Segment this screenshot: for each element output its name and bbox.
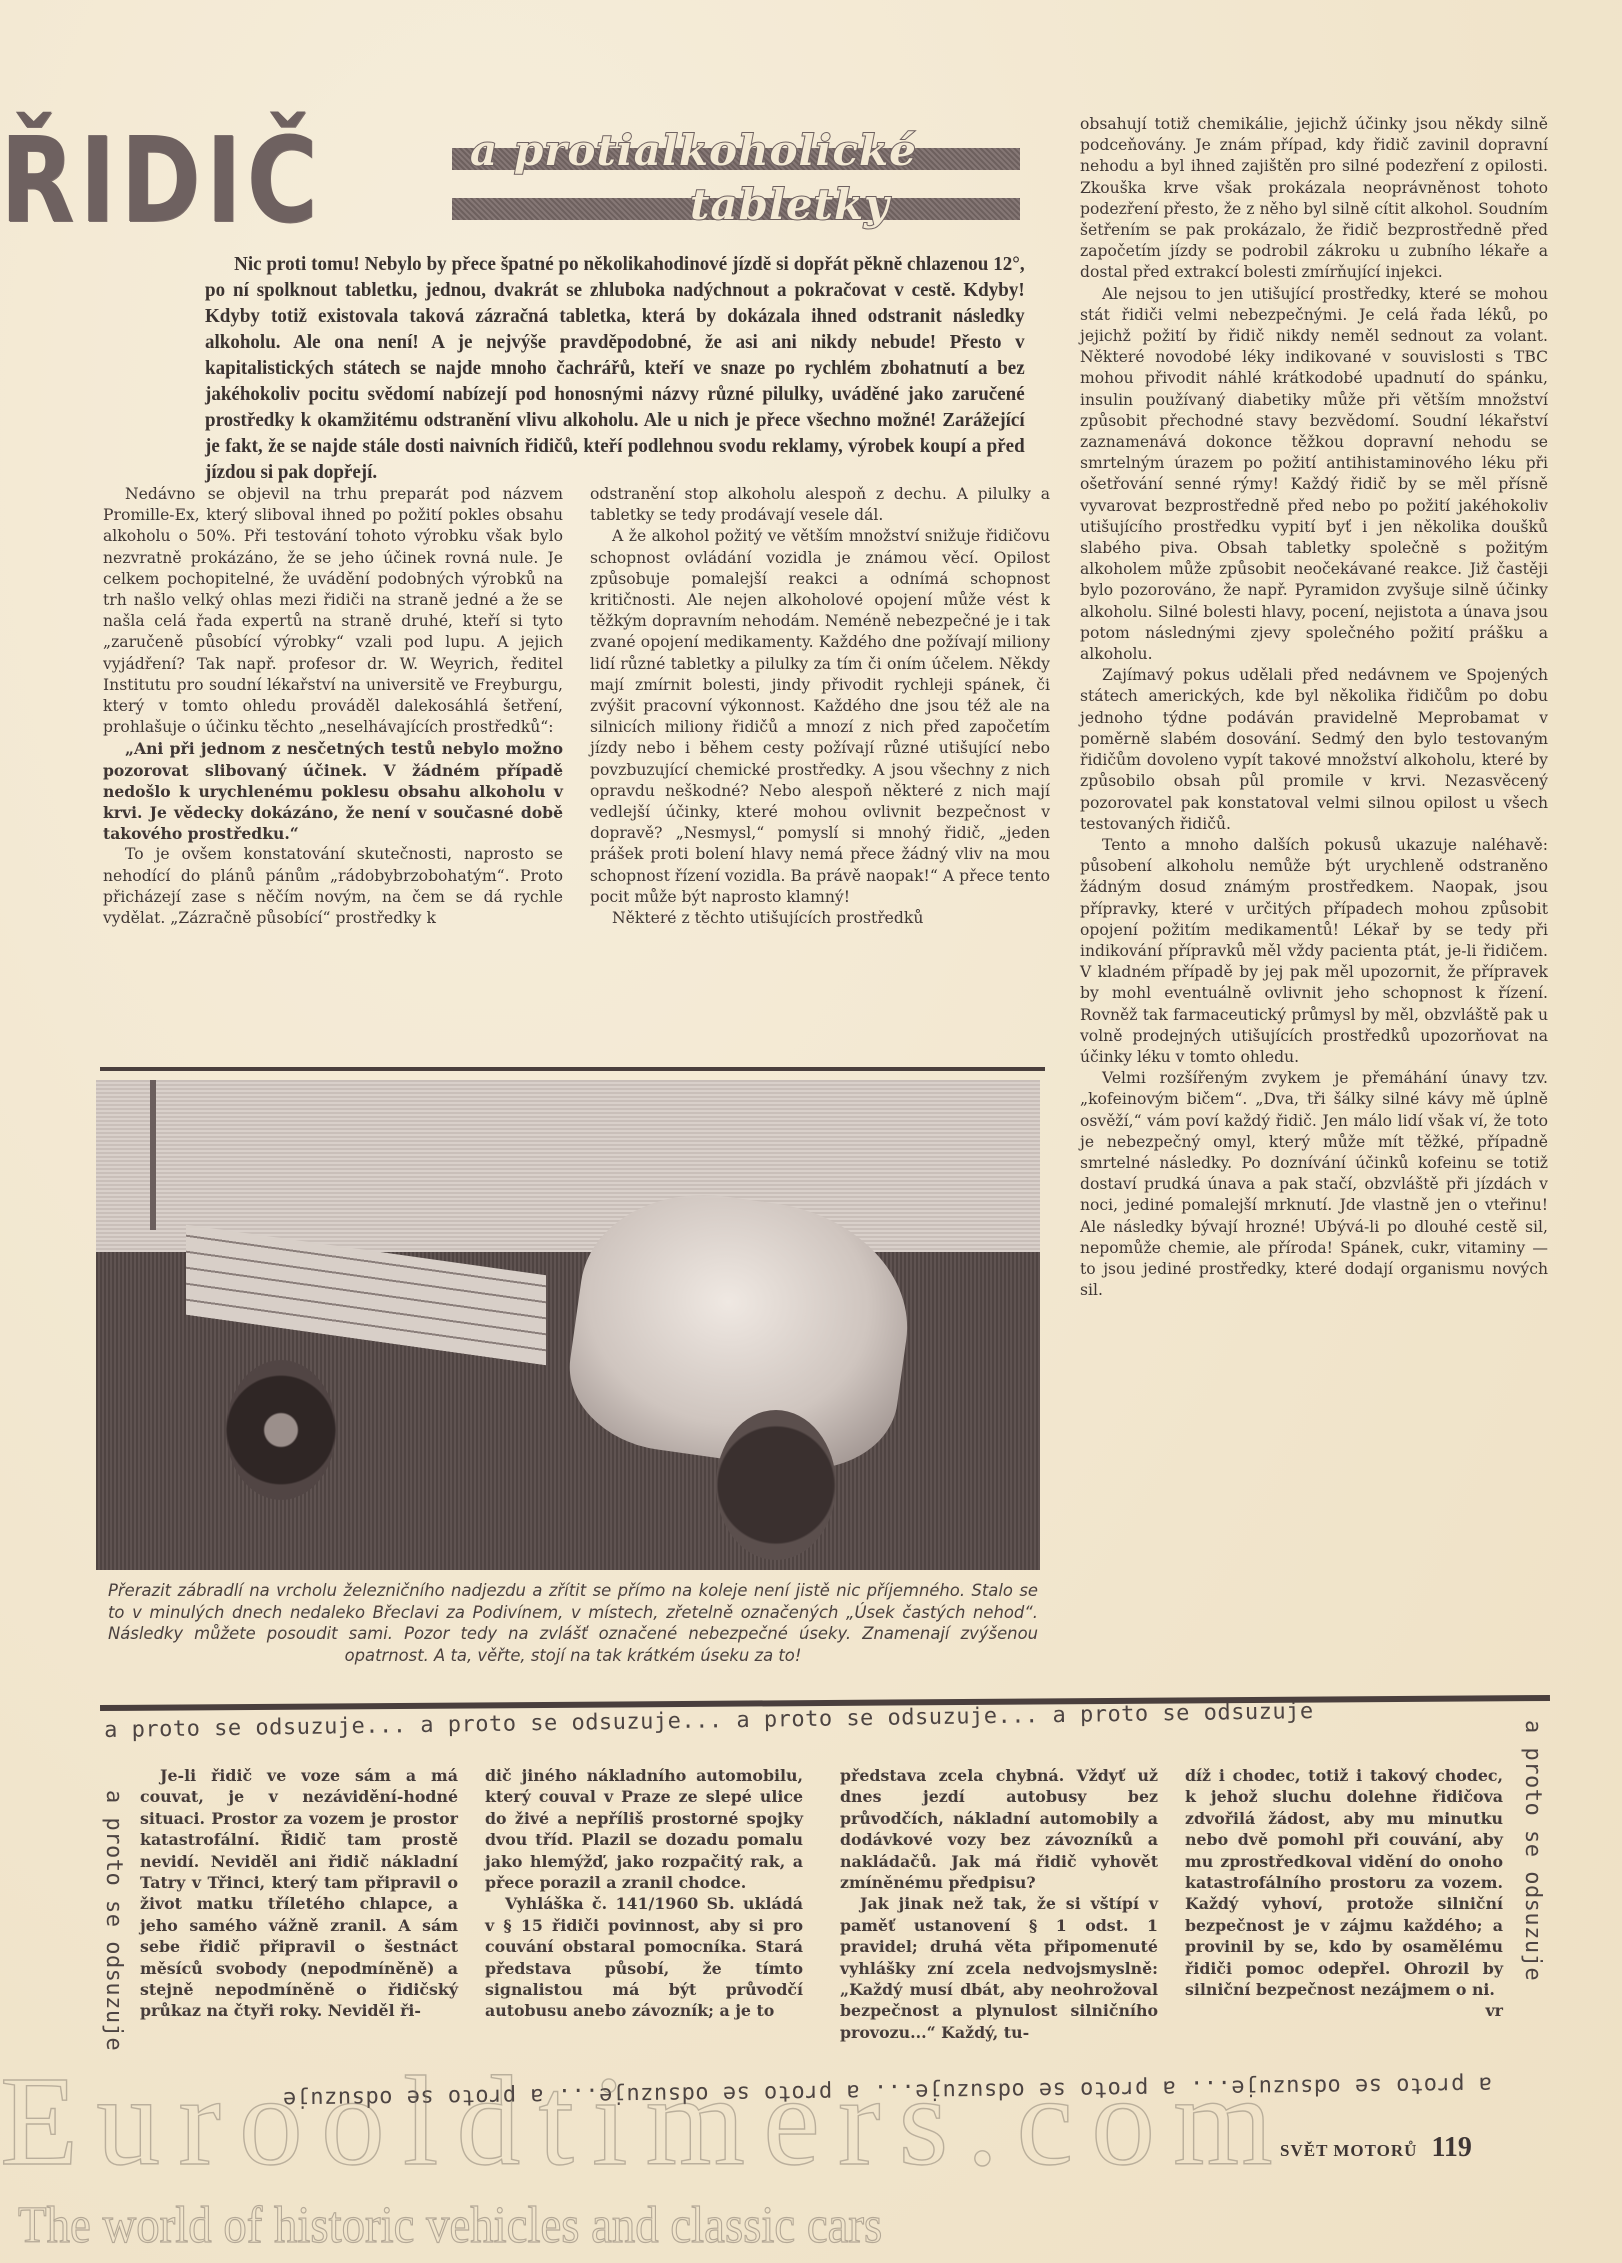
column-bottom-rule	[100, 1067, 1045, 1071]
paragraph: díž i chodec, totiž i takový chodec, k j…	[1185, 1765, 1503, 2000]
bottom-column-2: dič jiného nákladního automobilu, který …	[485, 1765, 803, 2022]
paragraph: Jak jinak než tak, že si vštípí v paměť …	[840, 1893, 1158, 2043]
column-right: obsahují totiž chemikálie, jejichž účink…	[1080, 114, 1548, 1301]
paragraph: Některé z těchto utišujících prostředků	[590, 908, 1050, 929]
article-title: ŘIDIČ	[0, 128, 322, 232]
watermark-logo: Eurooldtimers.com	[0, 2048, 1622, 2195]
repeating-side-strip-left: a proto se odsuzuje	[101, 1790, 126, 2090]
paragraph: Zajímavý pokus udělali před nedávnem ve …	[1080, 665, 1548, 835]
watermark-tagline: The world of historic vehicles and class…	[18, 2196, 882, 2255]
paragraph: Tento a mnoho dalších pokusů ukazuje nal…	[1080, 835, 1548, 1068]
paragraph: Ale nejsou to jen utišující prostředky, …	[1080, 284, 1548, 666]
photo-sky	[96, 1080, 1040, 1252]
bottom-column-3: představa zcela chybná. Vždyť už dnes je…	[840, 1765, 1158, 2043]
article-subtitle-line1: a protialkoholické	[470, 130, 917, 172]
article-subtitle-line2: tabletky	[690, 184, 890, 226]
paragraph: představa zcela chybná. Vždyť už dnes je…	[840, 1765, 1158, 1893]
paragraph: Velmi rozšířeným zvykem je přemáhání úna…	[1080, 1068, 1548, 1301]
bottom-column-4: díž i chodec, totiž i takový chodec, k j…	[1185, 1765, 1503, 2022]
paragraph: odstranění stop alkoholu alespoň z dechu…	[590, 484, 1050, 526]
intro-paragraph: Nic proti tomu! Nebylo by přece špatné p…	[205, 252, 1025, 486]
photo-front-wheel	[716, 1410, 836, 1560]
photo-rear-wheel	[226, 1360, 336, 1500]
author-signature: vr	[1485, 2000, 1503, 2021]
photo-signpost	[96, 1080, 156, 1230]
column-left: Nedávno se objevil na trhu preparát pod …	[103, 484, 563, 929]
expert-quote: „Ani při jednom z nesčetných testů nebyl…	[103, 738, 563, 844]
accident-photo	[96, 1080, 1040, 1570]
paragraph: To je ovšem konstatování skutečnosti, na…	[103, 844, 563, 929]
page-number: 119	[1431, 2132, 1471, 2163]
paragraph: Vyhláška č. 141/1960 Sb. ukládá v § 15 ř…	[485, 1893, 803, 2021]
photo-caption: Přerazit zábradlí na vrcholu železničníh…	[108, 1580, 1038, 1666]
page-footer: SVĚT MOTORŮ 119	[1280, 2132, 1472, 2164]
magazine-name: SVĚT MOTORŮ	[1280, 2141, 1417, 2160]
intro-text: Nic proti tomu! Nebylo by přece špatné p…	[205, 252, 1025, 486]
paragraph: dič jiného nákladního automobilu, který …	[485, 1765, 803, 1893]
column-middle: odstranění stop alkoholu alespoň z dechu…	[590, 484, 1050, 929]
bottom-column-1: Je-li řidič ve voze sám a má couvat, je …	[140, 1765, 458, 2022]
paragraph-text: díž i chodec, totiž i takový chodec, k j…	[1185, 1766, 1503, 1999]
paragraph: Je-li řidič ve voze sám a má couvat, je …	[140, 1765, 458, 2022]
repeating-side-strip-right: a proto se odsuzuje	[1520, 1720, 1545, 2060]
paragraph: obsahují totiž chemikálie, jejichž účink…	[1080, 114, 1548, 284]
paragraph: A že alkohol požitý ve větším množství s…	[590, 526, 1050, 908]
paragraph: Nedávno se objevil na trhu preparát pod …	[103, 484, 563, 738]
